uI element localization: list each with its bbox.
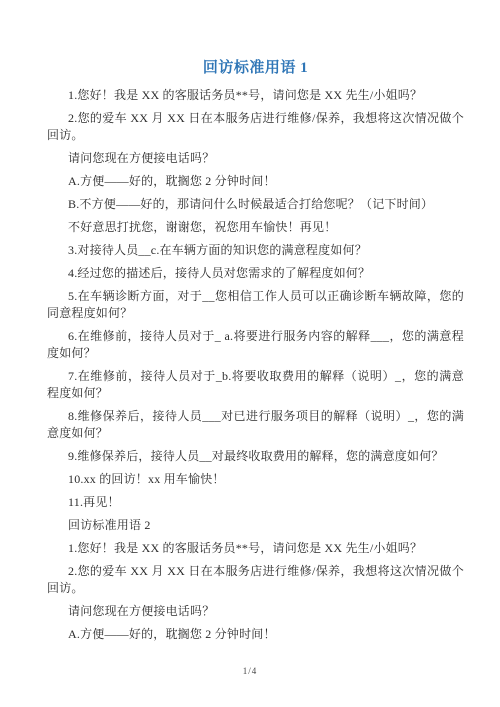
paragraph: 4.经过您的描述后，接待人员对您需求的了解程度如何？ <box>47 265 464 282</box>
page-number: 1/4 <box>0 666 500 676</box>
paragraph: 3.对接待人员__c.在车辆方面的知识您的满意程度如何？ <box>47 242 464 259</box>
document-page: 回访标准用语 1 1.您好！我是 XX 的客服话务员**号，请问您是 XX 先生… <box>0 0 500 707</box>
paragraph: 9.维修保养后，接待人员__对最终收取费用的解释，您的满意度如何？ <box>47 448 464 465</box>
paragraph: 7.在维修前，接待人员对于_b.将要收取费用的解释（说明）_，您的满意程度如何？ <box>47 368 464 402</box>
paragraph: 2.您的爱车 XX 月 XX 日在本服务店进行维修/保养，我想将这次情况做个回访… <box>47 110 464 144</box>
paragraph: 11.再见！ <box>47 494 464 511</box>
paragraph: 5.在车辆诊断方面，对于__您相信工作人员可以正确诊断车辆故障，您的同意程度如何… <box>47 288 464 322</box>
doc-title: 回访标准用语 1 <box>47 58 464 78</box>
paragraph: 请问您现在方便接电话吗？ <box>47 150 464 167</box>
paragraph: 请问您现在方便接电话吗？ <box>47 603 464 620</box>
paragraph: A.方便——好的，耽搁您 2 分钟时间！ <box>47 626 464 643</box>
paragraph: A.方便——好的，耽搁您 2 分钟时间！ <box>47 173 464 190</box>
doc-body: 1.您好！我是 XX 的客服话务员**号，请问您是 XX 先生/小姐吗？2.您的… <box>47 87 464 643</box>
document-content: 回访标准用语 1 1.您好！我是 XX 的客服话务员**号，请问您是 XX 先生… <box>47 58 464 649</box>
paragraph: 回访标准用语 2 <box>47 517 464 534</box>
paragraph: B.不方便——好的，那请问什么时候最适合打给您呢？（记下时间） <box>47 196 464 213</box>
paragraph: 6.在维修前，接待人员对于_ a.将要进行服务内容的解释___，您的满意程度如何… <box>47 328 464 362</box>
paragraph: 1.您好！我是 XX 的客服话务员**号，请问您是 XX 先生/小姐吗？ <box>47 87 464 104</box>
paragraph: 8.维修保养后，接待人员___对已进行服务项目的解释（说明）_，您的满意度如何？ <box>47 408 464 442</box>
paragraph: 不好意思打扰您，谢谢您，祝您用车愉快！再见！ <box>47 219 464 236</box>
paragraph: 2.您的爱车 XX 月 XX 日在本服务店进行维修/保养，我想将这次情况做个回访… <box>47 563 464 597</box>
paragraph: 10.xx 的回访！xx 用车愉快！ <box>47 471 464 488</box>
paragraph: 1.您好！我是 XX 的客服话务员**号，请问您是 XX 先生/小姐吗？ <box>47 540 464 557</box>
